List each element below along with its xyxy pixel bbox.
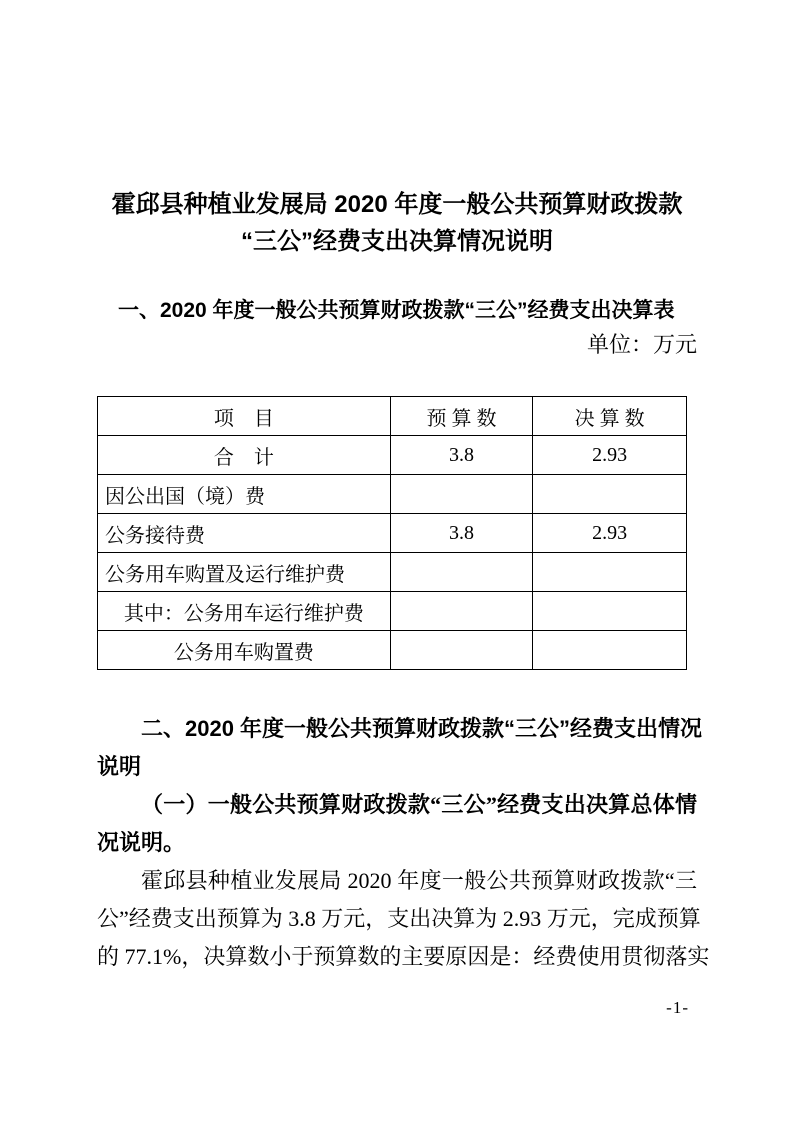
cell-budget (390, 592, 533, 631)
header-item: 项 目 (98, 397, 391, 436)
cell-budget: 3.8 (390, 436, 533, 475)
cell-item: 合 计 (98, 436, 391, 475)
table-row-vehicle-purchase: 公务用车购置费 (98, 631, 687, 670)
paragraph-line-2: 公”经费支出预算为 3.8 万元，支出决算为 2.93 万元，完成预算 (97, 900, 697, 938)
cell-final: 2.93 (533, 514, 687, 553)
section-one-heading: 一、2020 年度一般公共预算财政拨款“三公”经费支出决算表 (97, 296, 697, 326)
subsection-one-heading: （一）一般公共预算财政拨款“三公”经费支出决算总体情 况说明。 (97, 786, 697, 862)
document-title: 霍邱县种植业发展局 2020 年度一般公共预算财政拨款 “三公”经费支出决算情况… (97, 186, 697, 260)
cell-budget (390, 553, 533, 592)
subsection-heading-line-1: （一）一般公共预算财政拨款“三公”经费支出决算总体情 (97, 786, 697, 824)
cell-item: 公务接待费 (98, 514, 391, 553)
table-row-total: 合 计 3.8 2.93 (98, 436, 687, 475)
cell-item: 公务用车购置费 (98, 631, 391, 670)
table-row-reception-fee: 公务接待费 3.8 2.93 (98, 514, 687, 553)
table-row-vehicle-operation: 其中：公务用车运行维护费 (98, 592, 687, 631)
unit-label: 单位：万元 (97, 330, 697, 360)
header-budget: 预 算 数 (390, 397, 533, 436)
paragraph-line-3: 的 77.1%，决算数小于预算数的主要原因是：经费使用贯彻落实 (97, 938, 697, 976)
cell-final (533, 592, 687, 631)
section-two-heading-line-1: 二、2020 年度一般公共预算财政拨款“三公”经费支出情况 (97, 710, 697, 748)
cell-item: 因公出国（境）费 (98, 475, 391, 514)
three-public-expense-table: 项 目 预 算 数 决 算 数 合 计 3.8 2.93 因公出国（境）费 公务… (97, 396, 687, 670)
page-number: -1- (97, 998, 697, 1018)
cell-final (533, 553, 687, 592)
title-line-1: 霍邱县种植业发展局 2020 年度一般公共预算财政拨款 (97, 186, 697, 223)
section-two-heading: 二、2020 年度一般公共预算财政拨款“三公”经费支出情况 说明 (97, 710, 697, 786)
cell-final: 2.93 (533, 436, 687, 475)
cell-item: 公务用车购置及运行维护费 (98, 553, 391, 592)
table-row-vehicle-total: 公务用车购置及运行维护费 (98, 553, 687, 592)
body-paragraph: 霍邱县种植业发展局 2020 年度一般公共预算财政拨款“三 公”经费支出预算为 … (97, 862, 697, 976)
cell-final (533, 475, 687, 514)
title-line-2: “三公”经费支出决算情况说明 (97, 223, 697, 260)
cell-budget: 3.8 (390, 514, 533, 553)
cell-item: 其中：公务用车运行维护费 (98, 592, 391, 631)
header-final: 决 算 数 (533, 397, 687, 436)
cell-final (533, 631, 687, 670)
table-header-row: 项 目 预 算 数 决 算 数 (98, 397, 687, 436)
section-two-heading-line-2: 说明 (97, 748, 697, 786)
table-row-abroad-fee: 因公出国（境）费 (98, 475, 687, 514)
document-page: 霍邱县种植业发展局 2020 年度一般公共预算财政拨款 “三公”经费支出决算情况… (0, 0, 793, 1122)
paragraph-line-1: 霍邱县种植业发展局 2020 年度一般公共预算财政拨款“三 (97, 862, 697, 900)
cell-budget (390, 475, 533, 514)
cell-budget (390, 631, 533, 670)
subsection-heading-line-2: 况说明。 (97, 824, 697, 862)
